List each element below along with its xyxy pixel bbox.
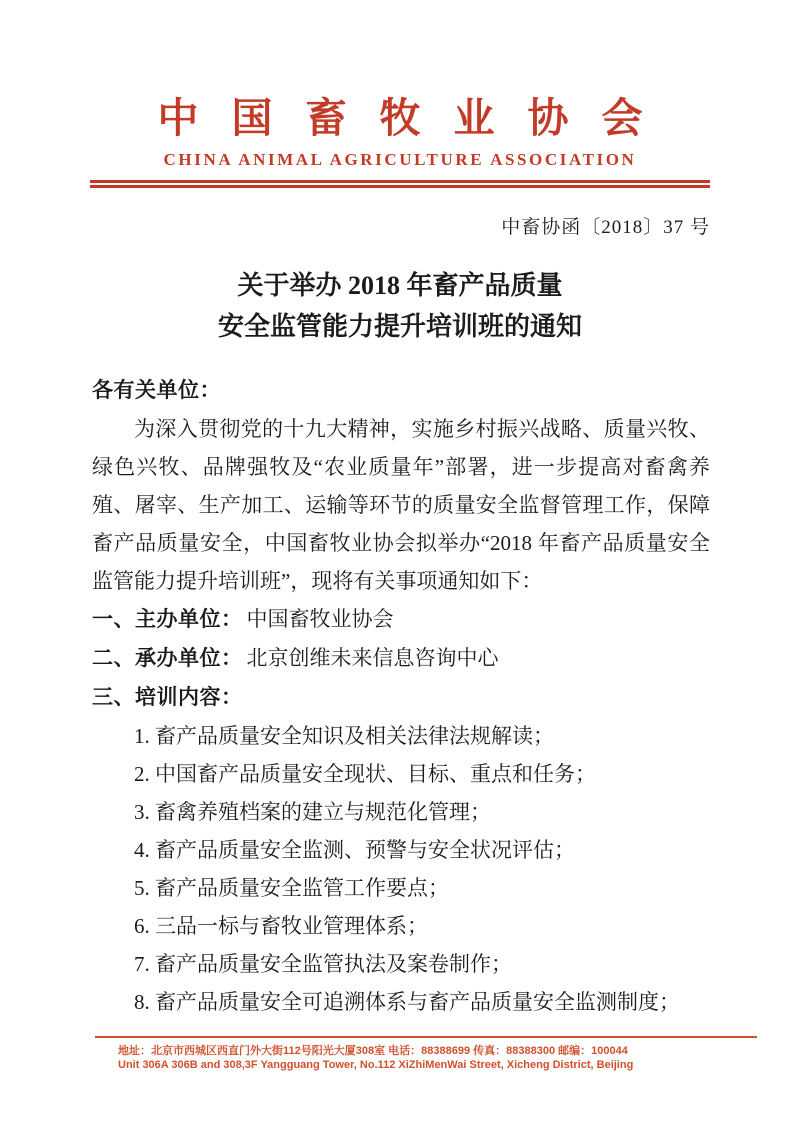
doc-body: 各有关单位： 为深入贯彻党的十九大精神，实施乡村振兴战略、质量兴牧、绿色兴牧、品…: [92, 372, 710, 1021]
training-item-8: 8. 畜产品质量安全可追溯体系与畜产品质量安全监测制度；: [92, 983, 710, 1021]
letterhead: 中国畜牧业协会 CHINA ANIMAL AGRICULTURE ASSOCIA…: [0, 0, 800, 188]
section-organizer-value: 北京创维未来信息咨询中心: [243, 646, 499, 670]
doc-title-line-2: 安全监管能力提升培训班的通知: [0, 306, 800, 347]
footer-address-en: Unit 306A 306B and 308,3F Yangguang Towe…: [118, 1058, 757, 1072]
section-host-value: 中国畜牧业协会: [243, 607, 394, 631]
doc-number: 中畜协函〔2018〕37 号: [90, 212, 710, 239]
training-item-5: 5. 畜产品质量安全监管工作要点；: [92, 869, 710, 907]
footer-address-cn: 地址：北京市西城区西直门外大街112号阳光大厦308室 电话：88388699 …: [118, 1044, 757, 1058]
training-item-6: 6. 三品一标与畜牧业管理体系；: [92, 907, 710, 945]
training-item-4: 4. 畜产品质量安全监测、预警与安全状况评估；: [92, 831, 710, 869]
document-page: 中国畜牧业协会 CHINA ANIMAL AGRICULTURE ASSOCIA…: [0, 0, 800, 1132]
header-double-rule: [90, 180, 710, 188]
section-training-content-value: [243, 685, 247, 709]
training-item-1: 1. 畜产品质量安全知识及相关法律法规解读；: [92, 717, 710, 755]
training-item-3: 3. 畜禽养殖档案的建立与规范化管理；: [92, 793, 710, 831]
training-item-2: 2. 中国畜产品质量安全现状、目标、重点和任务；: [92, 755, 710, 793]
section-organizer-label: 二、承办单位：: [92, 647, 243, 670]
salutation: 各有关单位：: [92, 372, 710, 410]
doc-title: 关于举办 2018 年畜产品质量 安全监管能力提升培训班的通知: [0, 265, 800, 347]
doc-title-line-1: 关于举办 2018 年畜产品质量: [0, 265, 800, 306]
training-item-7: 7. 畜产品质量安全监管执法及案卷制作；: [92, 945, 710, 983]
section-host-label: 一、主办单位：: [92, 608, 243, 631]
org-name-en: CHINA ANIMAL AGRICULTURE ASSOCIATION: [0, 150, 800, 170]
section-training-content-label: 三、培训内容：: [92, 686, 243, 709]
opening-paragraph: 为深入贯彻党的十九大精神，实施乡村振兴战略、质量兴牧、绿色兴牧、品牌强牧及“农业…: [92, 410, 710, 600]
section-host: 一、主办单位：中国畜牧业协会: [92, 600, 710, 639]
footer-address-block: 地址：北京市西城区西直门外大街112号阳光大厦308室 电话：88388699 …: [95, 1036, 757, 1072]
section-organizer: 二、承办单位：北京创维未来信息咨询中心: [92, 639, 710, 678]
section-training-content: 三、培训内容：: [92, 678, 710, 717]
org-name-cn: 中国畜牧业协会: [158, 96, 676, 141]
